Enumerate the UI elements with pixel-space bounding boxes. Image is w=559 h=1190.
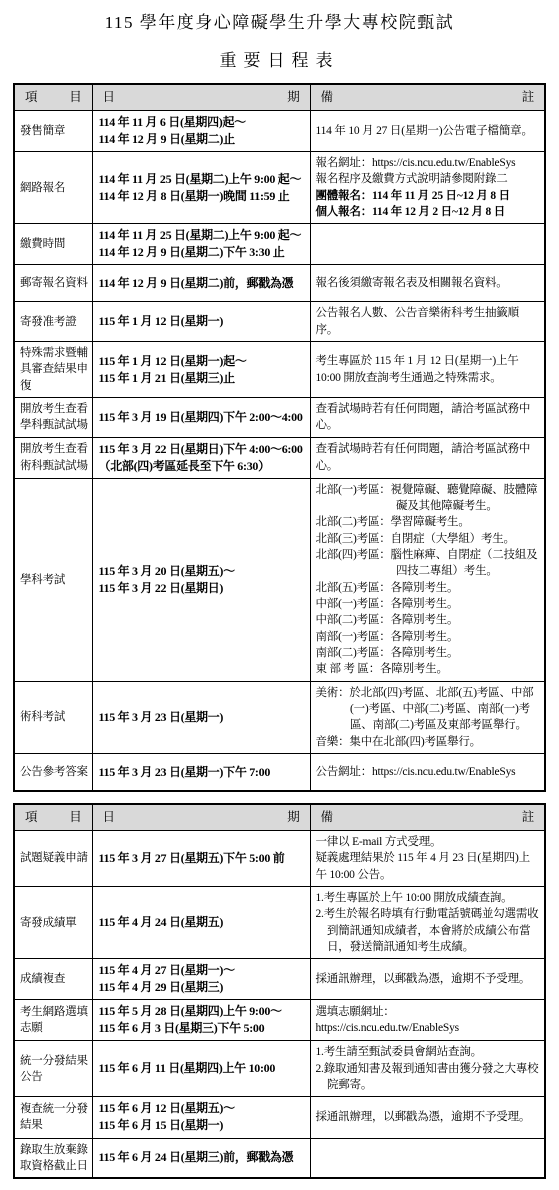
note-line: 採通訊辦理，以郵戳為憑，逾期不予受理。 xyxy=(316,1109,540,1125)
note-line: 1.考生專區於上午 10:00 開放成績查詢。 xyxy=(316,890,540,906)
date-cell: 115 年 3 月 23 日(星期一)下午 7:00 xyxy=(92,754,310,792)
date-cell: 115 年 1 月 12 日(星期一) xyxy=(92,302,310,342)
item-cell: 試題疑義申請 xyxy=(14,831,92,887)
date-line: 115 年 3 月 20 日(星期五)～ xyxy=(99,563,304,580)
header-char: 備 xyxy=(321,89,333,107)
column-header-note: 備註 xyxy=(310,804,545,831)
table-row: 特殊需求暨輔具審查結果申復115 年 1 月 12 日(星期一)起～115 年 … xyxy=(14,342,545,398)
schedule-table-2: 項目日期備註試題疑義申請115 年 3 月 27 日(星期五)下午 5:00 前… xyxy=(13,803,546,1179)
note-cell: 北部(一)考區：視覺障礙、聽覺障礙、肢體障礙及其他障礙考生。北部(二)考區：學習… xyxy=(310,478,545,681)
note-line: 團體報名：114 年 11 月 25 日~12 月 8 日 xyxy=(316,188,540,204)
table-row: 成績複查115 年 4 月 27 日(星期一)～115 年 4 月 29 日(星… xyxy=(14,959,545,1000)
note-cell: 採通訊辦理，以郵戳為憑，逾期不予受理。 xyxy=(310,959,545,1000)
header-char: 備 xyxy=(321,809,333,827)
header-char: 目 xyxy=(69,809,81,827)
note-line: 查看試場時若有任何問題，請洽考區試務中心。 xyxy=(316,441,540,474)
document-page: 115 學年度身心障礙學生升學大專校院甄試 重要日程表 項目日期備註發售簡章11… xyxy=(0,0,559,1179)
header-char: 期 xyxy=(287,809,299,827)
date-cell: 115 年 3 月 22 日(星期日)下午 4:00～6:00（北部(四)考區延… xyxy=(92,437,310,478)
schedule-table-1: 項目日期備註發售簡章114 年 11 月 6 日(星期四)起～114 年 12 … xyxy=(13,83,546,792)
column-header-date: 日期 xyxy=(92,804,310,831)
item-cell: 公告參考答案 xyxy=(14,754,92,792)
item-cell: 發售簡章 xyxy=(14,111,92,152)
date-line: 115 年 3 月 19 日(星期四)下午 2:00～4:00 xyxy=(99,409,304,426)
note-line: 北部(三)考區：自閉症（大學組）考生。 xyxy=(316,531,540,547)
column-header-item: 項目 xyxy=(14,84,92,111)
note-line: 中部(一)考區：各障別考生。 xyxy=(316,596,540,612)
date-line: 115 年 3 月 22 日(星期日) xyxy=(99,580,304,597)
item-cell: 複查統一分發結果 xyxy=(14,1097,92,1138)
table-row: 學科考試115 年 3 月 20 日(星期五)～115 年 3 月 22 日(星… xyxy=(14,478,545,681)
header-row: 項目日期備註 xyxy=(14,804,545,831)
note-line: 報名網址：https://cis.ncu.edu.tw/EnableSys xyxy=(316,155,540,171)
date-line: 115 年 3 月 23 日(星期一)下午 7:00 xyxy=(99,764,304,781)
date-line: 115 年 6 月 3 日(星期三)下午 5:00 xyxy=(99,1020,304,1037)
header-char: 目 xyxy=(69,89,81,107)
note-line: 報名程序及繳費方式說明請參閱附錄二 xyxy=(316,171,540,187)
table-row: 公告參考答案115 年 3 月 23 日(星期一)下午 7:00公告網址：htt… xyxy=(14,754,545,792)
note-cell: 1.考生請至甄試委員會網站查詢。2.錄取通知書及報到通知書由獲分發之大專校院郵寄… xyxy=(310,1041,545,1097)
table-row: 錄取生放棄錄取資格截止日115 年 6 月 24 日(星期三)前，郵戳為憑 xyxy=(14,1138,545,1178)
date-line: 115 年 1 月 21 日(星期三)止 xyxy=(99,370,304,387)
header-char: 註 xyxy=(522,809,534,827)
note-line: 公告報名人數、公告音樂術科考生抽籤順序。 xyxy=(316,305,540,338)
table-row: 術科考試115 年 3 月 23 日(星期一)美術：於北部(四)考區、北部(五)… xyxy=(14,681,545,753)
date-cell: 115 年 4 月 27 日(星期一)～115 年 4 月 29 日(星期三) xyxy=(92,959,310,1000)
note-line: 北部(五)考區：各障別考生。 xyxy=(316,580,540,596)
date-line: 115 年 6 月 24 日(星期三)前，郵戳為憑 xyxy=(99,1149,304,1166)
date-line: 115 年 4 月 24 日(星期五) xyxy=(99,914,304,931)
item-cell: 開放考生查看學科甄試試場 xyxy=(14,398,92,438)
note-cell: 1.考生專區於上午 10:00 開放成績查詢。2.考生於報名時填有行動電話號碼並… xyxy=(310,887,545,959)
date-line: 115 年 5 月 28 日(星期四)上午 9:00～ xyxy=(99,1003,304,1020)
item-cell: 特殊需求暨輔具審查結果申復 xyxy=(14,342,92,398)
note-cell: 114 年 10 月 27 日(星期一)公告電子檔簡章。 xyxy=(310,111,545,152)
column-header-item: 項目 xyxy=(14,804,92,831)
note-cell: 報名網址：https://cis.ncu.edu.tw/EnableSys報名程… xyxy=(310,152,545,224)
table-row: 寄發准考證115 年 1 月 12 日(星期一)公告報名人數、公告音樂術科考生抽… xyxy=(14,302,545,342)
date-cell: 115 年 1 月 12 日(星期一)起～115 年 1 月 21 日(星期三)… xyxy=(92,342,310,398)
note-line: 南部(二)考區：各障別考生。 xyxy=(316,645,540,661)
table-row: 發售簡章114 年 11 月 6 日(星期四)起～114 年 12 月 9 日(… xyxy=(14,111,545,152)
date-line: 115 年 6 月 12 日(星期五)～ xyxy=(99,1100,304,1117)
note-line: 一律以 E-mail 方式受理。 xyxy=(316,834,540,850)
header-char: 期 xyxy=(287,89,299,107)
header-char: 項 xyxy=(25,89,37,107)
date-line: 114 年 12 月 9 日(星期二)前，郵戳為憑 xyxy=(99,275,304,292)
date-cell: 115 年 3 月 23 日(星期一) xyxy=(92,681,310,753)
date-cell: 115 年 3 月 27 日(星期五)下午 5:00 前 xyxy=(92,831,310,887)
table-row: 複查統一分發結果115 年 6 月 12 日(星期五)～115 年 6 月 15… xyxy=(14,1097,545,1138)
page-title: 115 學年度身心障礙學生升學大專校院甄試 xyxy=(0,8,559,33)
table-row: 開放考生查看學科甄試試場115 年 3 月 19 日(星期四)下午 2:00～4… xyxy=(14,398,545,438)
note-cell: 查看試場時若有任何問題，請洽考區試務中心。 xyxy=(310,437,545,478)
table-row: 統一分發結果公告115 年 6 月 11 日(星期四)上午 10:001.考生請… xyxy=(14,1041,545,1097)
date-cell: 115 年 3 月 20 日(星期五)～115 年 3 月 22 日(星期日) xyxy=(92,478,310,681)
date-cell: 114 年 11 月 25 日(星期二)上午 9:00 起～114 年 12 月… xyxy=(92,152,310,224)
item-cell: 開放考生查看術科甄試試場 xyxy=(14,437,92,478)
item-cell: 網路報名 xyxy=(14,152,92,224)
header-char: 日 xyxy=(103,809,115,827)
date-line: 114 年 12 月 9 日(星期二)止 xyxy=(99,131,304,148)
date-line: 115 年 3 月 27 日(星期五)下午 5:00 前 xyxy=(99,850,304,867)
note-line: 美術：於北部(四)考區、北部(五)考區、中部(一)考區、中部(二)考區、南部(一… xyxy=(316,685,540,734)
table-row: 考生網路選填志願115 年 5 月 28 日(星期四)上午 9:00～115 年… xyxy=(14,1000,545,1041)
date-line: 114 年 11 月 6 日(星期四)起～ xyxy=(99,114,304,131)
note-line: 中部(二)考區：各障別考生。 xyxy=(316,612,540,628)
item-cell: 統一分發結果公告 xyxy=(14,1041,92,1097)
note-line: 東 部 考 區：各障別考生。 xyxy=(316,661,540,677)
note-cell: 美術：於北部(四)考區、北部(五)考區、中部(一)考區、中部(二)考區、南部(一… xyxy=(310,681,545,753)
date-line: 115 年 1 月 12 日(星期一)起～ xyxy=(99,353,304,370)
table-row: 試題疑義申請115 年 3 月 27 日(星期五)下午 5:00 前一律以 E-… xyxy=(14,831,545,887)
date-cell: 115 年 6 月 11 日(星期四)上午 10:00 xyxy=(92,1041,310,1097)
date-cell: 114 年 12 月 9 日(星期二)前，郵戳為憑 xyxy=(92,265,310,302)
note-cell: 公告報名人數、公告音樂術科考生抽籤順序。 xyxy=(310,302,545,342)
page-header: 115 學年度身心障礙學生升學大專校院甄試 重要日程表 xyxy=(0,8,559,71)
note-line: 查看試場時若有任何問題，請洽考區試務中心。 xyxy=(316,401,540,434)
column-header-note: 備註 xyxy=(310,84,545,111)
note-line: 考生專區於 115 年 1 月 12 日(星期一)上午 10:00 開放查詢考生… xyxy=(316,353,540,386)
date-cell: 114 年 11 月 6 日(星期四)起～114 年 12 月 9 日(星期二)… xyxy=(92,111,310,152)
note-line: 南部(一)考區：各障別考生。 xyxy=(316,629,540,645)
note-line: 疑義處理結果於 115 年 4 月 23 日(星期四)上午 10:00 公告。 xyxy=(316,850,540,883)
item-cell: 郵寄報名資料 xyxy=(14,265,92,302)
date-line: 115 年 6 月 15 日(星期一) xyxy=(99,1117,304,1134)
date-line: 115 年 4 月 27 日(星期一)～ xyxy=(99,962,304,979)
note-line: 北部(四)考區：腦性麻痺、自閉症（二技組及四技二專組）考生。 xyxy=(316,547,540,580)
date-cell: 115 年 4 月 24 日(星期五) xyxy=(92,887,310,959)
item-cell: 學科考試 xyxy=(14,478,92,681)
date-line: 114 年 12 月 8 日(星期一)晚間 11:59 止 xyxy=(99,188,304,205)
table-row: 網路報名114 年 11 月 25 日(星期二)上午 9:00 起～114 年 … xyxy=(14,152,545,224)
note-line: 1.考生請至甄試委員會網站查詢。 xyxy=(316,1044,540,1060)
item-cell: 考生網路選填志願 xyxy=(14,1000,92,1041)
note-line: 2.考生於報名時填有行動電話號碼並勾選需收到簡訊通知成績者，本會將於成績公布當日… xyxy=(316,906,540,955)
note-line: 北部(二)考區：學習障礙考生。 xyxy=(316,514,540,530)
date-line: 115 年 3 月 23 日(星期一) xyxy=(99,709,304,726)
header-char: 日 xyxy=(103,89,115,107)
table-row: 開放考生查看術科甄試試場115 年 3 月 22 日(星期日)下午 4:00～6… xyxy=(14,437,545,478)
date-line: 114 年 11 月 25 日(星期二)上午 9:00 起～ xyxy=(99,227,304,244)
note-cell: 選填志願網址：https://cis.ncu.edu.tw/EnableSys xyxy=(310,1000,545,1041)
date-cell: 114 年 11 月 25 日(星期二)上午 9:00 起～114 年 12 月… xyxy=(92,224,310,265)
note-line: 公告網址：https://cis.ncu.edu.tw/EnableSys xyxy=(316,764,540,780)
note-line: 114 年 10 月 27 日(星期一)公告電子檔簡章。 xyxy=(316,123,540,139)
item-cell: 繳費時間 xyxy=(14,224,92,265)
note-line: 選填志願網址： xyxy=(316,1004,540,1020)
note-cell: 報名後須繳寄報名表及相關報名資料。 xyxy=(310,265,545,302)
table-row: 寄發成績單115 年 4 月 24 日(星期五)1.考生專區於上午 10:00 … xyxy=(14,887,545,959)
date-cell: 115 年 6 月 12 日(星期五)～115 年 6 月 15 日(星期一) xyxy=(92,1097,310,1138)
date-cell: 115 年 5 月 28 日(星期四)上午 9:00～115 年 6 月 3 日… xyxy=(92,1000,310,1041)
item-cell: 錄取生放棄錄取資格截止日 xyxy=(14,1138,92,1178)
date-line: 115 年 3 月 22 日(星期日)下午 4:00～6:00 xyxy=(99,441,304,458)
date-line: 114 年 11 月 25 日(星期二)上午 9:00 起～ xyxy=(99,171,304,188)
item-cell: 寄發成績單 xyxy=(14,887,92,959)
note-line: 個人報名：114 年 12 月 2 日~12 月 8 日 xyxy=(316,204,540,220)
note-line: 音樂：集中在北部(四)考區舉行。 xyxy=(316,734,540,750)
item-cell: 寄發准考證 xyxy=(14,302,92,342)
note-cell: 一律以 E-mail 方式受理。疑義處理結果於 115 年 4 月 23 日(星… xyxy=(310,831,545,887)
date-line: （北部(四)考區延長至下午 6:30） xyxy=(99,458,304,475)
date-line: 114 年 12 月 9 日(星期二)下午 3:30 止 xyxy=(99,244,304,261)
header-char: 註 xyxy=(522,89,534,107)
note-cell xyxy=(310,1138,545,1178)
header-char: 項 xyxy=(25,809,37,827)
item-cell: 成績複查 xyxy=(14,959,92,1000)
note-cell: 考生專區於 115 年 1 月 12 日(星期一)上午 10:00 開放查詢考生… xyxy=(310,342,545,398)
column-header-date: 日期 xyxy=(92,84,310,111)
date-cell: 115 年 3 月 19 日(星期四)下午 2:00～4:00 xyxy=(92,398,310,438)
note-line: 2.錄取通知書及報到通知書由獲分發之大專校院郵寄。 xyxy=(316,1061,540,1094)
note-line: 採通訊辦理，以郵戳為憑，逾期不予受理。 xyxy=(316,971,540,987)
note-line: 北部(一)考區：視覺障礙、聽覺障礙、肢體障礙及其他障礙考生。 xyxy=(316,482,540,515)
note-cell: 公告網址：https://cis.ncu.edu.tw/EnableSys xyxy=(310,754,545,792)
item-cell: 術科考試 xyxy=(14,681,92,753)
note-cell: 查看試場時若有任何問題，請洽考區試務中心。 xyxy=(310,398,545,438)
note-cell xyxy=(310,224,545,265)
note-line: https://cis.ncu.edu.tw/EnableSys xyxy=(316,1020,540,1036)
table-row: 繳費時間114 年 11 月 25 日(星期二)上午 9:00 起～114 年 … xyxy=(14,224,545,265)
date-cell: 115 年 6 月 24 日(星期三)前，郵戳為憑 xyxy=(92,1138,310,1178)
page-subtitle: 重要日程表 xyxy=(0,46,559,71)
note-cell: 採通訊辦理，以郵戳為憑，逾期不予受理。 xyxy=(310,1097,545,1138)
date-line: 115 年 4 月 29 日(星期三) xyxy=(99,979,304,996)
header-row: 項目日期備註 xyxy=(14,84,545,111)
note-line: 報名後須繳寄報名表及相關報名資料。 xyxy=(316,275,540,291)
date-line: 115 年 1 月 12 日(星期一) xyxy=(99,313,304,330)
table-row: 郵寄報名資料114 年 12 月 9 日(星期二)前，郵戳為憑報名後須繳寄報名表… xyxy=(14,265,545,302)
date-line: 115 年 6 月 11 日(星期四)上午 10:00 xyxy=(99,1060,304,1077)
